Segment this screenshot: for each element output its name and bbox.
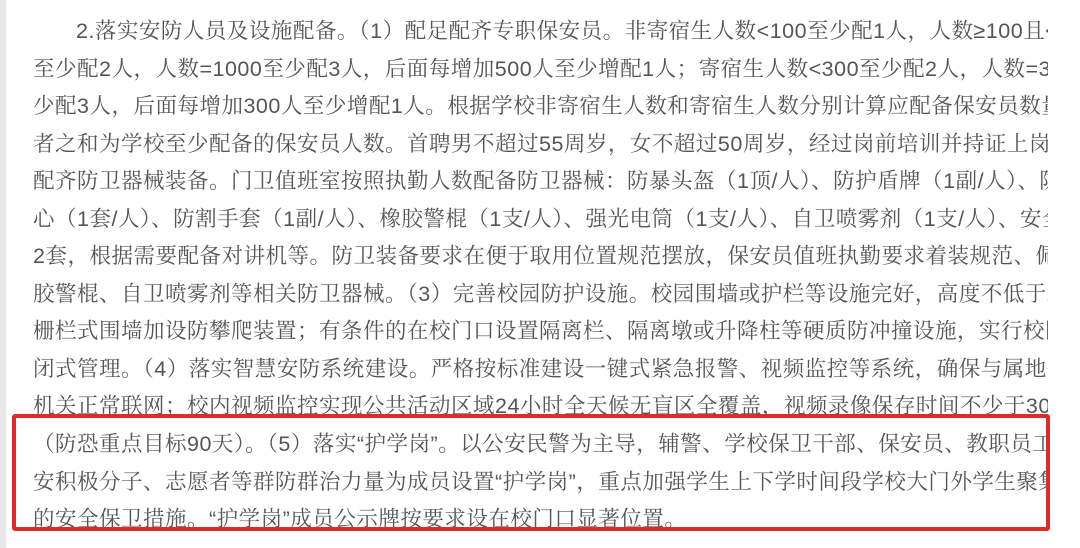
text-line: 2套，根据需要配备对讲机等。防卫装备要求在便于取用位置规范摆放，保安员值班执勤要… [33,238,1048,276]
text-line: 2.落实安防人员及设施配备。（1）配足配齐专职保安员。非寄宿生人数<100至少配… [33,13,1048,51]
text-line: 的安全保卫措施。“护学岗”成员公示牌按要求设在校门口显著位置。 [33,501,1048,539]
text-line: 栅栏式围墙加设防攀爬装置；有条件的在校门口设置隔离栏、隔离墩或升降柱等硬质防冲撞… [33,313,1048,351]
text-line: 闭式管理。（4）落实智慧安防系统建设。严格按标准建设一键式紧急报警、视频监控等系… [33,351,1048,389]
text-line: 配齐防卫器械装备。门卫值班室按照执勤人数配备防卫器械：防暴头盔（1顶/人）、防护… [33,163,1048,201]
text-line: 胶警棍、自卫喷雾剂等相关防卫器械。（3）完善校园防护设施。校园围墙或护栏等设施完… [33,276,1048,314]
text-line: 机关正常联网；校内视频监控实现公共活动区域24小时全天候无盲区全覆盖，视频录像保… [33,388,1048,426]
text-line: 少配3人，后面每增加300人至少增配1人。根据学校非寄宿生人数和寄宿生人数分别计… [33,88,1048,126]
text-line: 心（1套/人）、防割手套（1副/人）、橡胶警棍（1支/人）、强光电筒（1支/人）… [33,201,1048,239]
text-line: （防恐重点目标90天）。（5）落实“护学岗”。以公安民警为主导，辅警、学校保卫干… [33,426,1048,464]
document-page: 2.落实安防人员及设施配备。（1）配足配齐专职保安员。非寄宿生人数<100至少配… [0,0,1080,548]
text-line: 安积极分子、志愿者等群防群治力量为成员设置“护学岗”，重点加强学生上下学时间段学… [33,464,1048,502]
text-line: 者之和为学校至少配备的保安员人数。首聘男不超过55周岁，女不超过50周岁，经过岗… [33,126,1048,164]
paragraph: 2.落实安防人员及设施配备。（1）配足配齐专职保安员。非寄宿生人数<100至少配… [33,13,1048,539]
page-left-edge [0,0,6,548]
text-line: 至少配2人，人数=1000至少配3人，后面每增加500人至少增配1人；寄宿生人数… [33,51,1048,89]
